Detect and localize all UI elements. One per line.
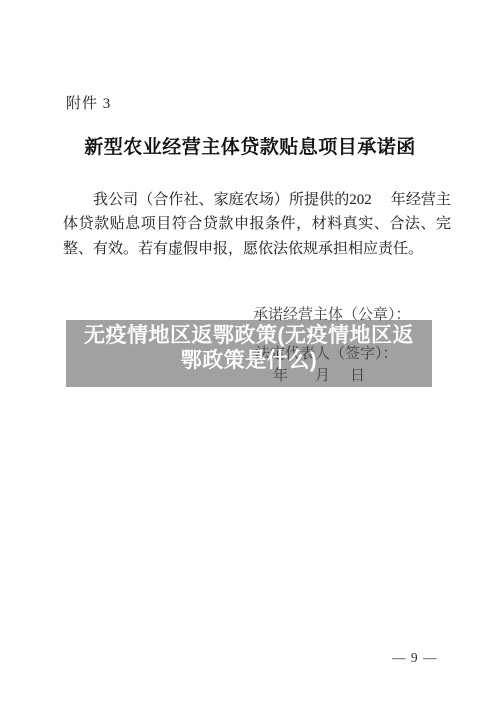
watermark-text: 无疫情地区返鄂政策(无疫情地区返 鄂政策是什么): [66, 324, 432, 373]
document-page: 附件 3 新型农业经营主体贷款贴息项目承诺函 我公司（合作社、家庭农场）所提供的…: [0, 0, 500, 706]
watermark-line-1: 无疫情地区返鄂政策(无疫情地区返: [66, 324, 432, 349]
document-title: 新型农业经营主体贷款贴息项目承诺函: [0, 132, 500, 159]
signature-entity-line: 承诺经营主体（公章）：: [253, 303, 411, 324]
watermark-line-2: 鄂政策是什么): [66, 349, 432, 374]
attachment-label: 附件 3: [66, 92, 111, 113]
body-paragraph: 我公司（合作社、家庭农场）所提供的202 年经营主体贷款贴息项目符合贷款申报条件…: [63, 188, 451, 261]
page-number: — 9 —: [392, 650, 438, 666]
